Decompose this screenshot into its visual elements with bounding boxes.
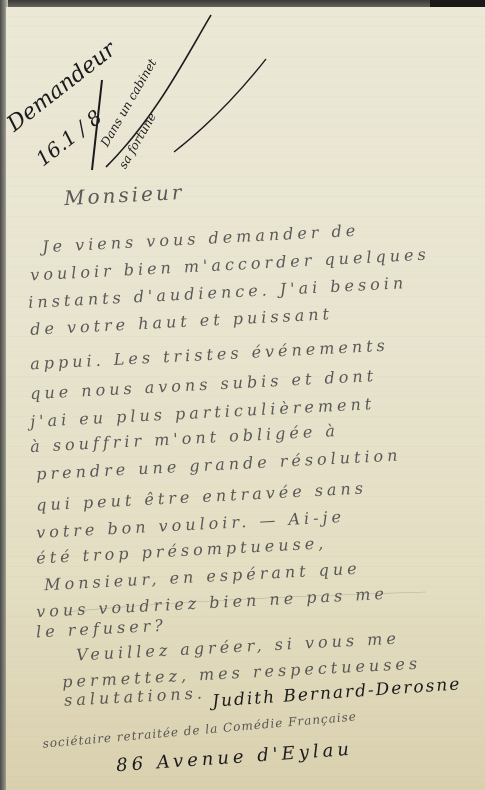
letter-page: Demandeur 16.1 / 8 Dans un cabinet sa fo… <box>6 7 485 790</box>
